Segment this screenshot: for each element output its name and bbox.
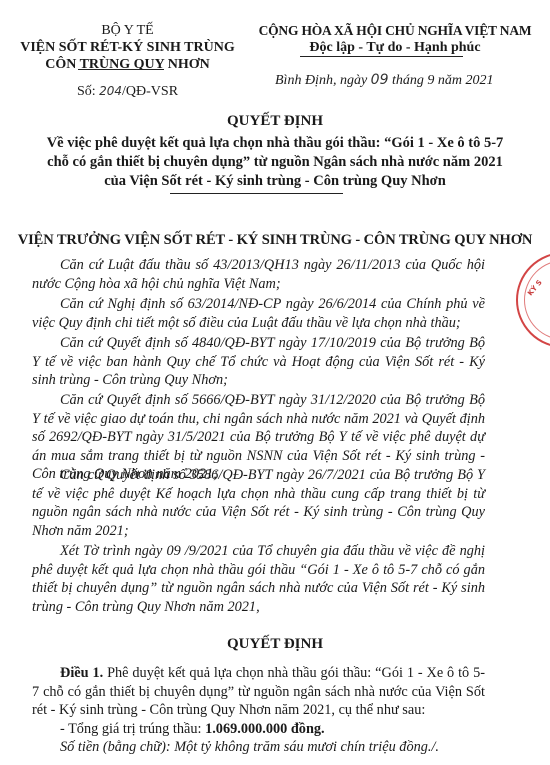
national-heading: CỘNG HÒA XÃ HỘI CHỦ NGHĨA VIỆT NAM Độc l… (245, 22, 545, 56)
issuer-underline (78, 69, 164, 70)
issuer-block: BỘ Y TẾ VIỆN SỐT RÉT-KÝ SINH TRÙNG CÔN T… (20, 22, 235, 73)
number-prefix: Số: (77, 84, 99, 99)
number-suffix: /QĐ-VSR (122, 84, 178, 99)
institute-name-line1: VIỆN SỐT RÉT-KÝ SINH TRÙNG (20, 39, 235, 56)
place-date-prefix: Bình Định, ngày (275, 73, 371, 88)
place-date: Bình Định, ngày 09 tháng 9 năm 2021 (275, 72, 493, 89)
ministry-name: BỘ Y TẾ (20, 22, 235, 39)
issuing-authority: VIỆN TRƯỞNG VIỆN SỐT RÉT - KÝ SINH TRÙNG… (0, 232, 550, 249)
document-subject: Về việc phê duyệt kết quả lựa chọn nhà t… (40, 134, 510, 191)
preamble-paragraph: Căn cứ Luật đấu thầu số 43/2013/QH13 ngà… (32, 256, 485, 293)
article-1-body: Điều 1. Phê duyệt kết quả lựa chọn nhà t… (32, 664, 485, 720)
national-motto: Độc lập - Tự do - Hạnh phúc (245, 39, 545, 56)
handwritten-number: 204 (99, 84, 122, 98)
nation-name: CỘNG HÒA XÃ HỘI CHỦ NGHĨA VIỆT NAM (245, 22, 545, 39)
document-title: QUYẾT ĐỊNH (0, 113, 550, 130)
institute-name-line2: CÔN TRÙNG QUY NHƠN (20, 56, 235, 73)
amount-in-words: Số tiền (bằng chữ): Một tỷ không trăm sá… (32, 738, 485, 757)
seal-text: KÝ S (526, 279, 544, 298)
preamble-paragraph: Xét Tờ trình ngày 09 /9/2021 của Tổ chuy… (32, 542, 485, 616)
preamble-paragraph: Căn cứ Nghị định số 63/2014/NĐ-CP ngày 2… (32, 295, 485, 332)
motto-underline (300, 56, 463, 57)
official-seal: KÝ S (516, 252, 550, 348)
total-value-line: - Tổng giá trị trúng thầu: 1.069.000.000… (32, 720, 485, 739)
subject-underline (170, 193, 343, 194)
decision-heading: QUYẾT ĐỊNH (0, 636, 550, 653)
preamble-paragraph: Căn cứ Quyết định số 3586/QĐ-BYT ngày 26… (32, 466, 485, 540)
handwritten-day: 09 (371, 72, 389, 88)
total-label: - Tổng giá trị trúng thầu: (60, 721, 205, 737)
total-value: 1.069.000.000 đồng. (205, 721, 325, 737)
preamble-paragraph: Căn cứ Quyết định số 4840/QĐ-BYT ngày 17… (32, 334, 485, 390)
place-date-suffix: tháng 9 năm 2021 (388, 73, 493, 88)
article-1: Điều 1. Phê duyệt kết quả lựa chọn nhà t… (32, 664, 485, 757)
article-1-label: Điều 1. (60, 665, 103, 681)
document-number: Số: 204/QĐ-VSR (0, 84, 255, 100)
